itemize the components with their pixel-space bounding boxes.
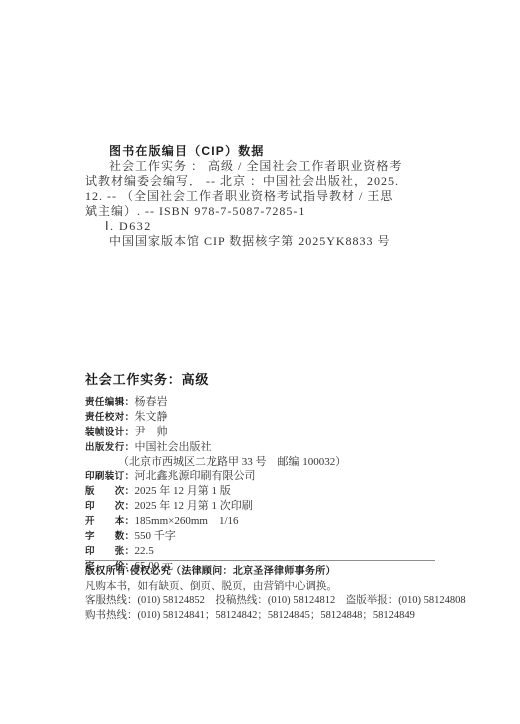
cip-paragraph-line: 社会工作实务 ： 高级 / 全国社会工作者职业资格考 (85, 159, 445, 174)
colophon-label: 印刷装订： (85, 470, 135, 484)
colophon-row-sheets: 印 张： 22.5 (85, 544, 445, 559)
service-hotlines: 客服热线：(010) 58124852 投稿热线：(010) 58124812 … (85, 594, 485, 609)
colophon-rows: 责任编辑： 杨春岩 责任校对： 朱文静 装帧设计： 尹 帅 出版发行： 中国社会… (85, 395, 445, 574)
cip-paragraph-line: 12. -- （全国社会工作者职业资格考试指导教材 / 王思 (85, 189, 445, 204)
colophon-row-proofreader: 责任校对： 朱文静 (85, 410, 445, 425)
colophon-value: 22.5 (135, 544, 154, 558)
cip-block: 图书在版编目（CIP）数据 社会工作实务 ： 高级 / 全国社会工作者职业资格考… (85, 144, 445, 249)
colophon-label: 装帧设计： (85, 426, 135, 440)
colophon-value: 中国社会出版社 (135, 440, 212, 454)
colophon-value: 185mm×260mm 1/16 (135, 514, 239, 528)
colophon-label: 开 本： (85, 515, 135, 529)
purchase-hotlines: 购书热线：(010) 58124841；58124842；58124845；58… (85, 609, 485, 624)
book-title: 社会工作实务：高级 (85, 371, 445, 389)
divider-rule (85, 560, 435, 561)
colophon-label: 印 张： (85, 545, 135, 559)
colophon-value: 河北鑫兆源印刷有限公司 (135, 469, 256, 483)
colophon-value: 朱文静 (135, 410, 168, 424)
colophon-label: 出版发行： (85, 441, 135, 455)
colophon-row-impression: 印 次： 2025 年 12 月第 1 次印刷 (85, 499, 445, 514)
colophon-label: 责任编辑： (85, 396, 135, 410)
cip-record-number: 中国国家版本馆 CIP 数据核字第 2025YK8833 号 (109, 234, 445, 249)
cip-paragraph-line: 试教材编委会编写． -- 北京 ：中国社会出版社，2025. (85, 174, 445, 189)
copyright-notice: 版权所有·侵权必究（法律顾问：北京圣泽律师事务所） (85, 565, 485, 580)
cip-classification: Ⅰ. D632 (105, 219, 445, 234)
cip-heading: 图书在版编目（CIP）数据 (109, 144, 445, 159)
colophon-row-printer: 印刷装订： 河北鑫兆源印刷有限公司 (85, 469, 445, 484)
exchange-notice: 凡购本书，如有缺页、倒页、脱页，由营销中心调换。 (85, 580, 485, 595)
colophon-label: 责任校对： (85, 411, 135, 425)
colophon-label: 印 次： (85, 500, 135, 514)
colophon-value: 2025 年 12 月第 1 版 (135, 484, 231, 498)
colophon-row-format: 开 本： 185mm×260mm 1/16 (85, 514, 445, 529)
colophon-row-wordcount: 字 数： 550 千字 (85, 529, 445, 544)
book-copyright-page: 图书在版编目（CIP）数据 社会工作实务 ： 高级 / 全国社会工作者职业资格考… (0, 0, 520, 724)
colophon-value: 杨春岩 (135, 395, 168, 409)
colophon-block: 社会工作实务：高级 责任编辑： 杨春岩 责任校对： 朱文静 装帧设计： 尹 帅 … (85, 371, 445, 574)
colophon-row-edition: 版 次： 2025 年 12 月第 1 版 (85, 484, 445, 499)
legal-block: 版权所有·侵权必究（法律顾问：北京圣泽律师事务所） 凡购本书，如有缺页、倒页、脱… (85, 565, 485, 623)
colophon-value: 2025 年 12 月第 1 次印刷 (135, 499, 253, 513)
colophon-row-publisher: 出版发行： 中国社会出版社 (85, 440, 445, 455)
colophon-label: 版 次： (85, 485, 135, 499)
colophon-row-designer: 装帧设计： 尹 帅 (85, 425, 445, 440)
colophon-label: 字 数： (85, 530, 135, 544)
colophon-value: 尹 帅 (135, 425, 168, 439)
colophon-row-publisher-address: （北京市西城区二龙路甲 33 号 邮编 100032） (118, 455, 445, 469)
colophon-value: （北京市西城区二龙路甲 33 号 邮编 100032） (118, 455, 346, 469)
cip-paragraph-line: 斌主编）. -- ISBN 978-7-5087-7285-1 (85, 204, 445, 219)
colophon-row-editor: 责任编辑： 杨春岩 (85, 395, 445, 410)
colophon-value: 550 千字 (135, 529, 176, 543)
